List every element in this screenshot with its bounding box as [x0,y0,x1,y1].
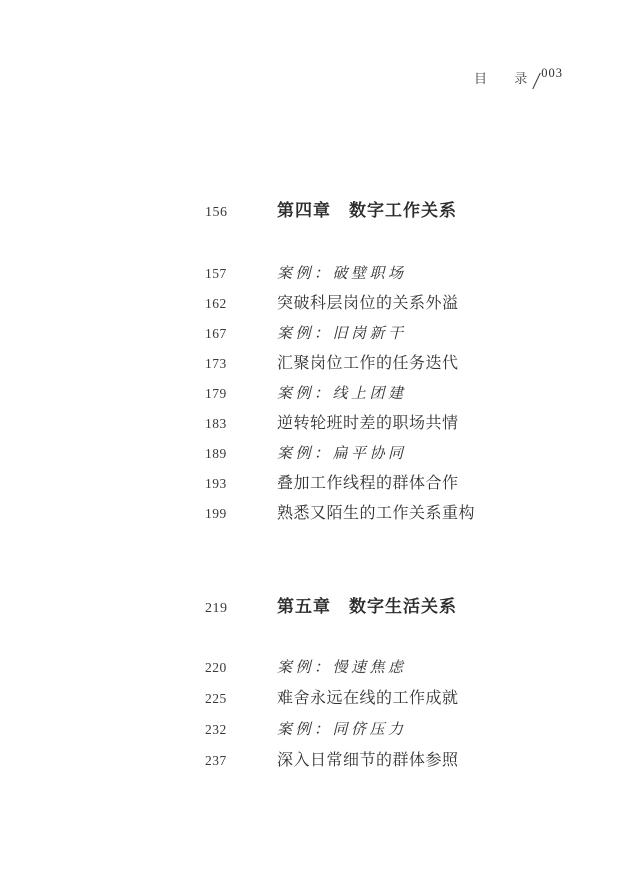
toc-page: 目 录/003 156第四章 数字工作关系 157案例：破壁职场 162突破科层… [0,0,634,894]
toc-entry: 157案例：破壁职场 [0,259,634,289]
entry-title: 案例：旧岗新干 [277,326,407,342]
entry-title: 逆转轮班时差的职场共情 [277,415,459,432]
toc-entry: 193叠加工作线程的群体合作 [0,469,634,499]
toc-entry: 179案例：线上团建 [0,379,634,409]
toc-entry: 189案例：扁平协同 [0,439,634,469]
toc-entry: 162突破科层岗位的关系外溢 [0,289,634,319]
entry-title: 案例：破壁职场 [277,266,407,282]
entry-title: 熟悉又陌生的工作关系重构 [277,505,475,522]
entry-page-number: 167 [205,319,277,349]
chapter-heading-row: 156第四章 数字工作关系 [0,199,634,225]
entry-title: 案例：慢速焦虑 [277,660,407,676]
chapter-page-number: 156 [205,201,277,225]
chapter-title: 第四章 数字工作关系 [277,201,457,220]
toc-entry: 232案例：同侪压力 [0,714,634,745]
header-page-number: 003 [541,66,563,81]
running-header: 目 录/003 [474,66,563,96]
entry-page-number: 237 [205,745,277,776]
entry-page-number: 220 [205,652,277,683]
toc-entry: 220案例：慢速焦虑 [0,652,634,683]
slash-divider: / [532,68,542,97]
entry-page-number: 157 [205,259,277,289]
entry-page-number: 199 [205,499,277,529]
toc-entry: 225难舍永远在线的工作成就 [0,683,634,714]
toc-entry: 199熟悉又陌生的工作关系重构 [0,499,634,529]
entry-page-number: 232 [205,714,277,745]
entry-title: 案例：线上团建 [277,386,407,402]
entry-title: 难舍永远在线的工作成就 [277,690,459,707]
chapter-entries: 157案例：破壁职场 162突破科层岗位的关系外溢 167案例：旧岗新干 173… [0,259,634,529]
entry-title: 案例：同侪压力 [277,722,407,738]
entry-page-number: 225 [205,683,277,714]
entry-title: 深入日常细节的群体参照 [277,752,459,769]
entry-title: 叠加工作线程的群体合作 [277,475,459,492]
entry-title: 案例：扁平协同 [277,446,407,462]
chapter-page-number: 219 [205,597,277,621]
chapter-entries: 220案例：慢速焦虑 225难舍永远在线的工作成就 232案例：同侪压力 237… [0,652,634,776]
entry-title: 汇聚岗位工作的任务迭代 [277,355,459,372]
entry-page-number: 162 [205,289,277,319]
chapter-title: 第五章 数字生活关系 [277,597,457,616]
entry-page-number: 189 [205,439,277,469]
toc-entry: 173汇聚岗位工作的任务迭代 [0,349,634,379]
entry-page-number: 183 [205,409,277,439]
chapter-heading-row: 219第五章 数字生活关系 [0,595,634,621]
toc-entry: 237深入日常细节的群体参照 [0,745,634,776]
entry-page-number: 193 [205,469,277,499]
toc-entry: 167案例：旧岗新干 [0,319,634,349]
entry-title: 突破科层岗位的关系外溢 [277,295,459,312]
header-title: 目 录 [474,71,539,86]
entry-page-number: 173 [205,349,277,379]
toc-entry: 183逆转轮班时差的职场共情 [0,409,634,439]
entry-page-number: 179 [205,379,277,409]
